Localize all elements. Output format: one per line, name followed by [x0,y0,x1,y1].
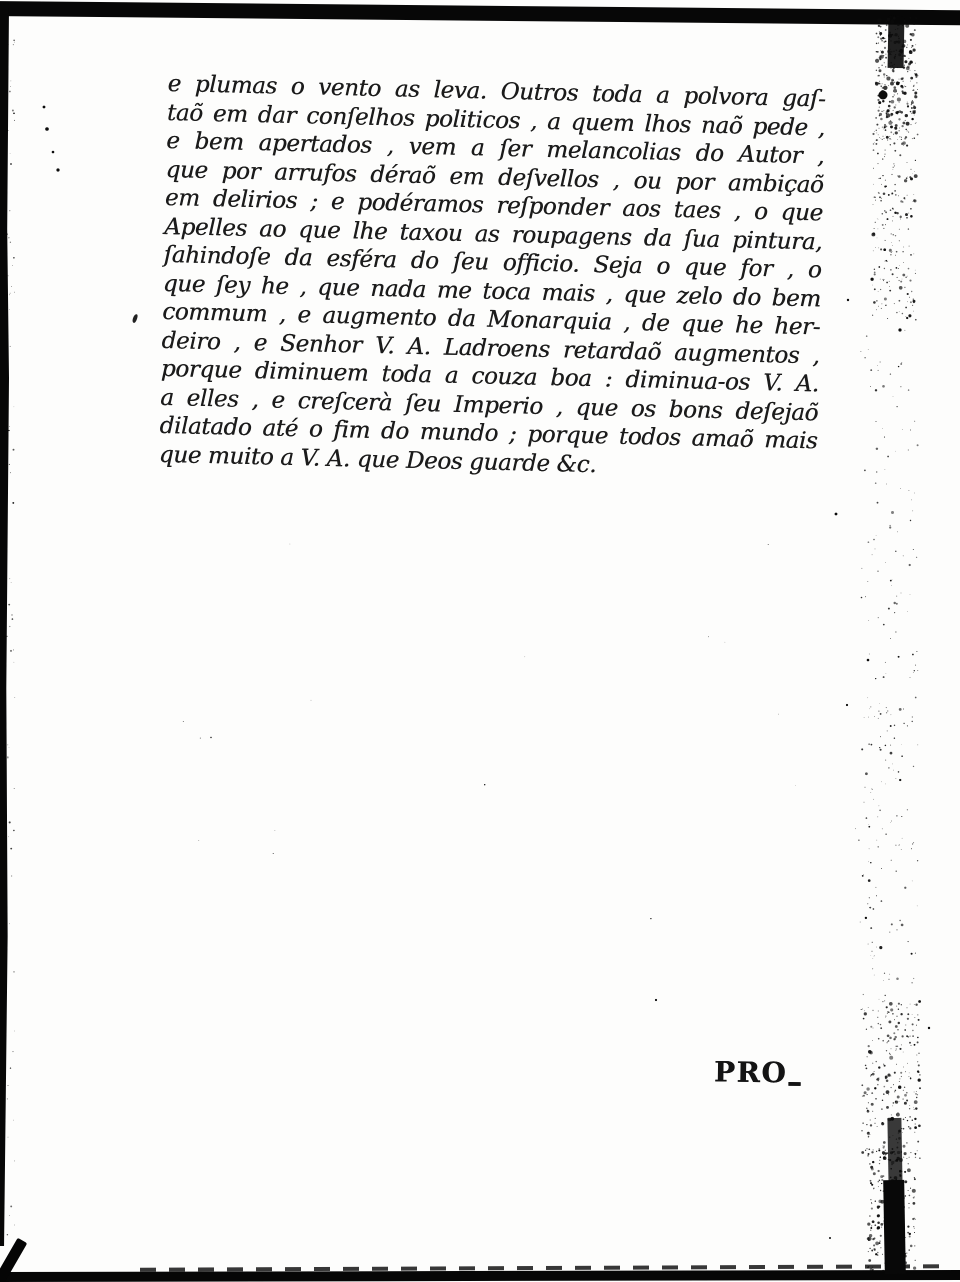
catchword: PRO- [714,1055,801,1089]
scan-edge-left [0,6,9,1246]
scan-edge-bottom [0,1270,960,1282]
margin-ink-speck [132,314,139,324]
catchword-hyphen: - [786,1065,805,1098]
body-text: e plumas o vento as leva. Outros toda a … [159,70,826,484]
scanned-page: e plumas o vento as leva. Outros toda a … [0,0,960,1282]
scan-edge-top [0,1,960,25]
catchword-text: PRO [714,1055,788,1089]
